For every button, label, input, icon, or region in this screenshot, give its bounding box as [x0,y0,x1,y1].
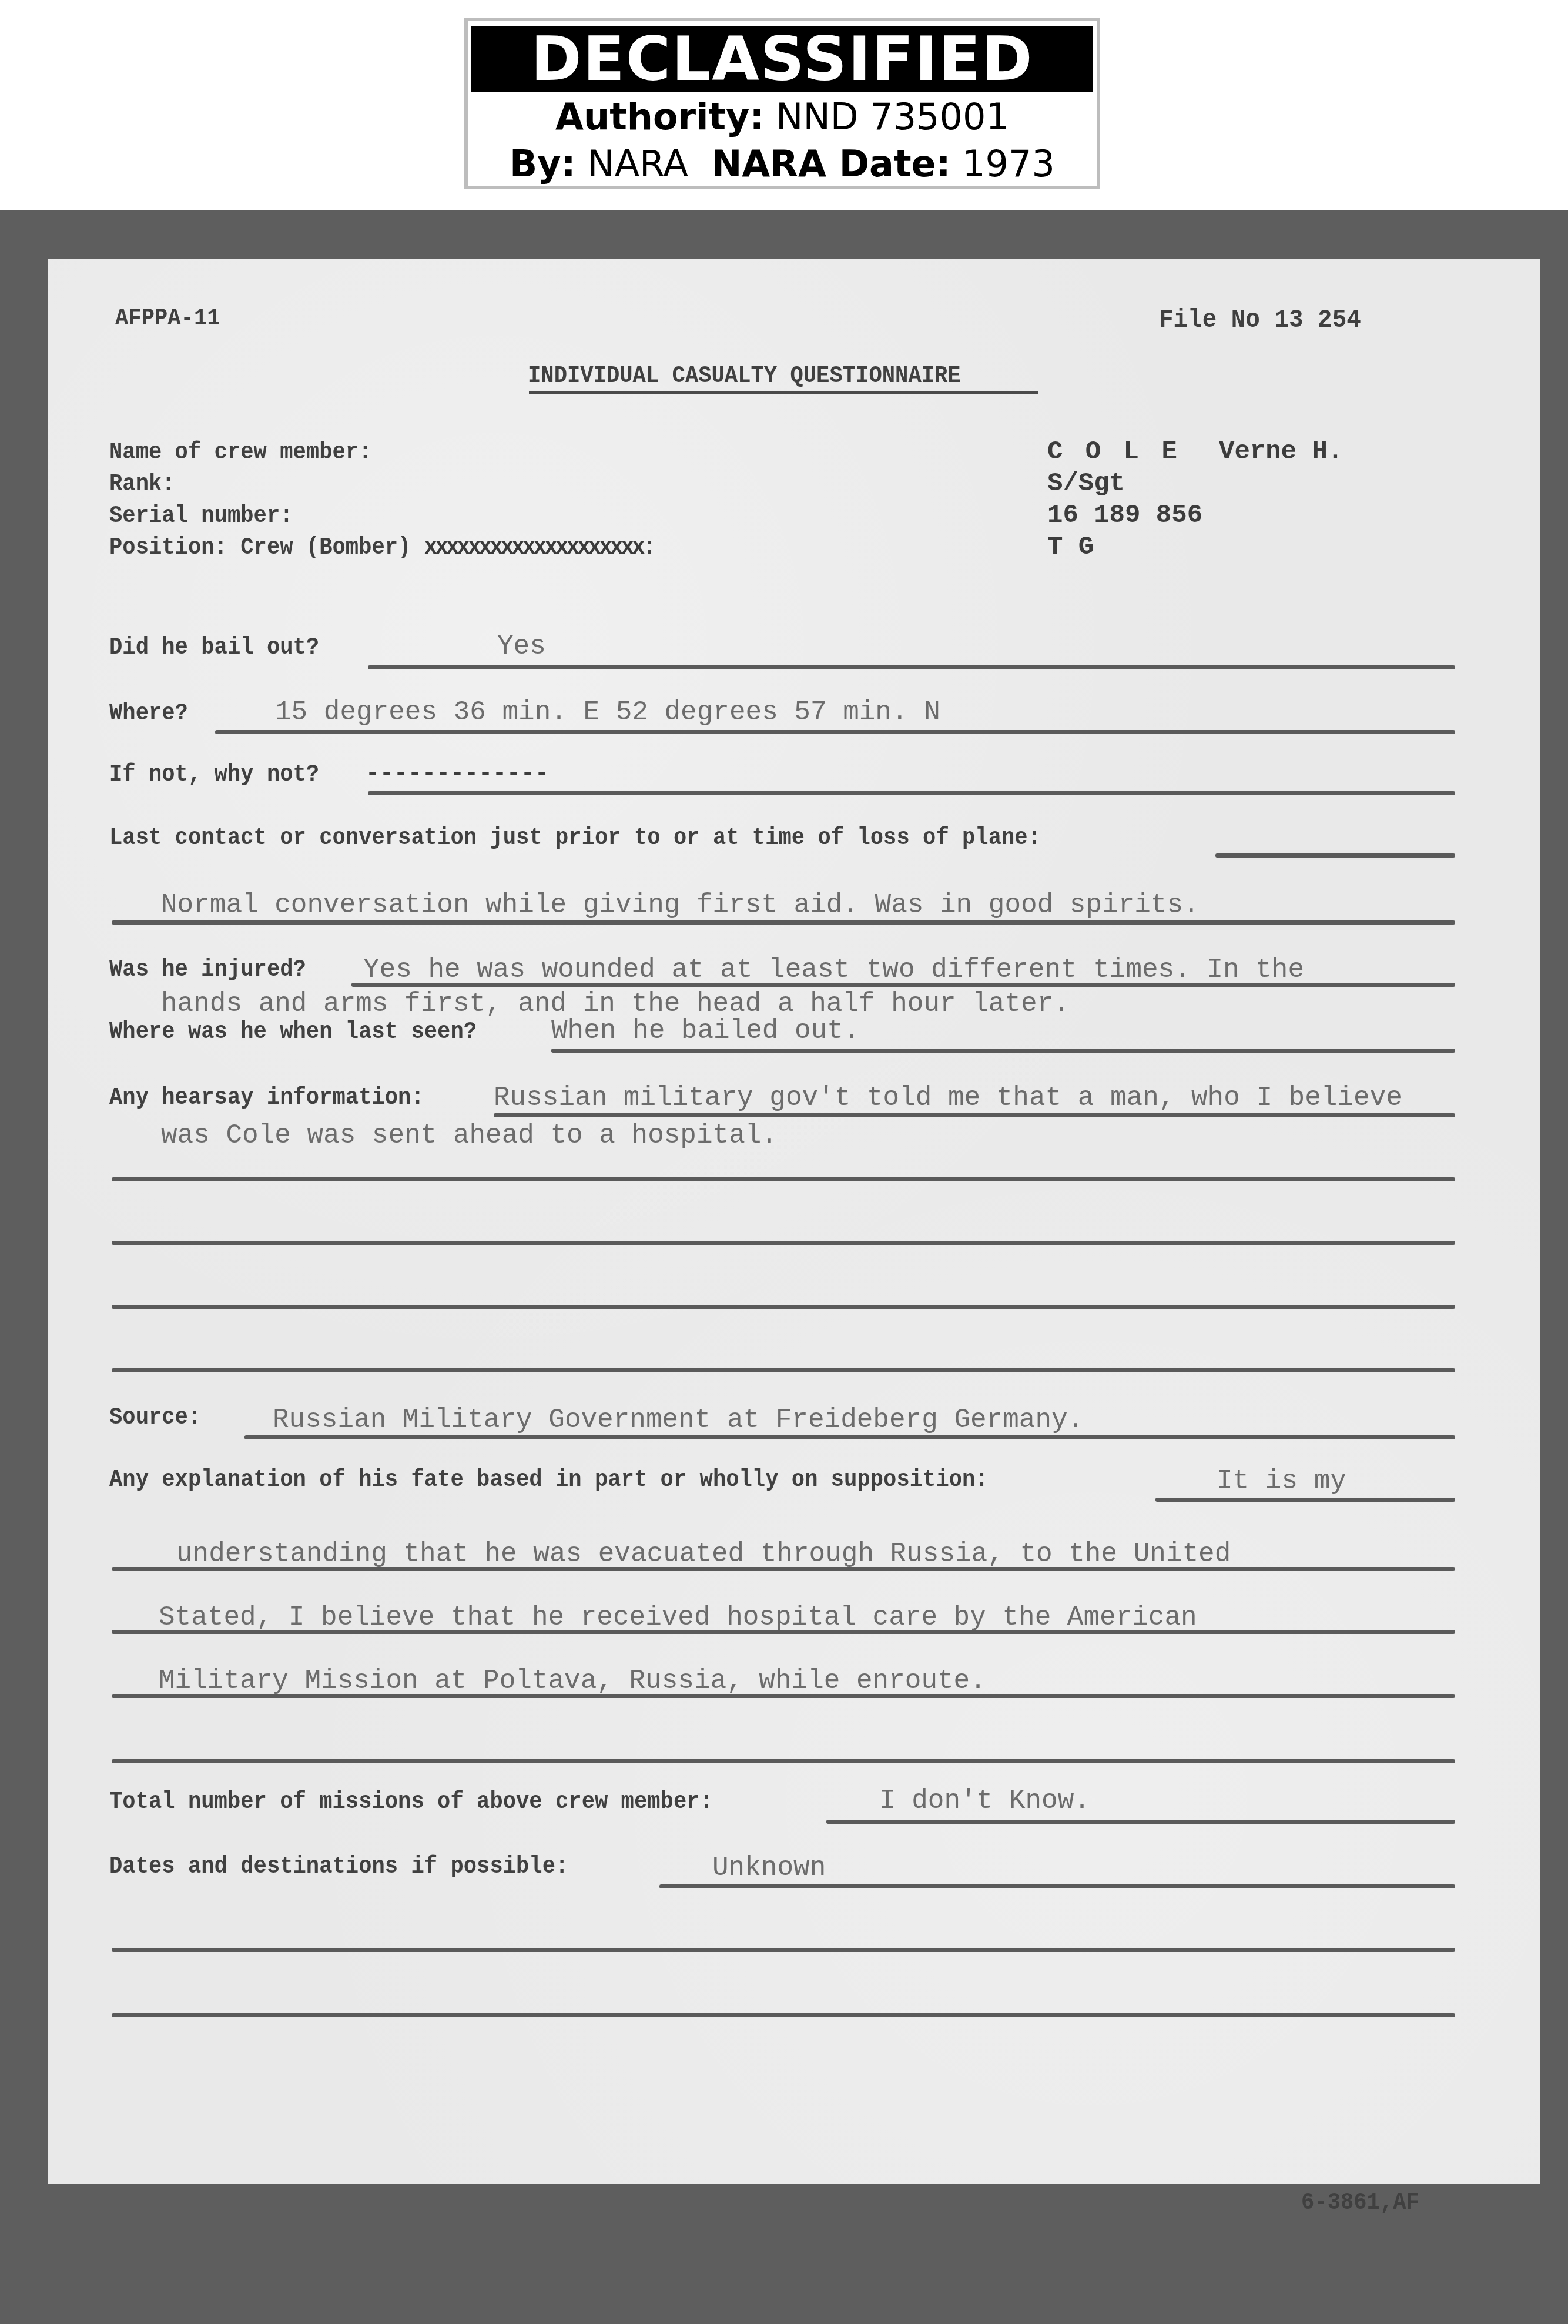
bail-out-value: Yes [497,631,546,662]
stamp-by-date: By: NARA NARA Date: 1973 [468,142,1097,185]
crew-surname: C O L E [1047,437,1181,467]
bail-out-line [368,665,1455,669]
serial-label: Serial number: [109,503,293,530]
crew-rank: S/Sgt [1047,469,1125,498]
where-label: Where? [109,701,188,727]
position-label: Position: Crew (Bomber) xxxxxxxxxxxxxxxx… [109,535,656,561]
last-contact-value: Normal conversation while giving first a… [161,890,1200,920]
title-underline [529,391,1038,394]
blank-line-4 [112,1368,1455,1372]
last-contact-line-2 [112,920,1455,925]
last-seen-label: Where was he when last seen? [109,1019,477,1046]
where-line [215,730,1455,734]
missions-line [826,1820,1455,1824]
blank-line-1 [112,1177,1455,1181]
crew-position: T G [1047,533,1094,562]
document-title: INDIVIDUAL CASUALTY QUESTIONNAIRE [528,363,961,390]
date-label: NARA Date: [711,142,950,185]
injured-line [351,983,1455,987]
explanation-value-4: Military Mission at Poltava, Russia, whi… [159,1666,986,1696]
by-value: NARA [587,142,688,185]
date-value: 1973 [962,142,1055,185]
declassified-stamp: DECLASSIFIED Authority: NND 735001 By: N… [464,18,1100,189]
blank-line-2 [112,1241,1455,1245]
dates-line-3 [112,2013,1455,2017]
bail-out-label: Did he bail out? [109,635,319,661]
rank-label: Rank: [109,471,175,498]
crew-given-name: Verne H. [1219,437,1343,467]
hearsay-label: Any hearsay information: [109,1085,424,1111]
authority-value: NND 735001 [776,95,1009,138]
file-number: File No 13 254 [1159,306,1361,335]
source-line [244,1435,1455,1439]
missions-label: Total number of missions of above crew m… [109,1789,713,1816]
explanation-value-1: It is my [1217,1466,1346,1496]
explanation-line-5 [112,1759,1455,1763]
injured-value-1: Yes he was wounded at at least two diffe… [363,955,1304,985]
if-not-value: ------------- [366,761,549,787]
last-contact-label: Last contact or conversation just prior … [109,825,1041,852]
dates-label: Dates and destinations if possible: [109,1854,568,1880]
footer-form-code: 6-3861,AF [1301,2190,1419,2216]
explanation-line-2 [112,1567,1455,1571]
explanation-line-1 [1155,1498,1455,1502]
source-label: Source: [109,1405,201,1431]
explanation-label: Any explanation of his fate based in par… [109,1467,989,1493]
name-label: Name of crew member: [109,440,371,466]
dates-line [659,1884,1455,1888]
hearsay-value-2: was Cole was sent ahead to a hospital. [161,1120,778,1151]
blank-line-3 [112,1305,1455,1309]
explanation-value-3: Stated, I believe that he received hospi… [159,1602,1197,1633]
injured-value-2: hands and arms first, and in the head a … [161,989,1070,1019]
position-colon: : [643,535,656,561]
stamp-title: DECLASSIFIED [471,26,1093,92]
by-label: By: [510,142,575,185]
position-struck-text: xxxxxxxxxxxxxxxxxxxx [424,535,643,561]
last-contact-line-1 [1215,853,1455,858]
explanation-line-4 [112,1694,1455,1698]
where-value: 15 degrees 36 min. E 52 degrees 57 min. … [275,697,940,728]
authority-label: Authority: [555,95,764,138]
position-label-text: Position: Crew (Bomber) [109,535,411,561]
form-code: AFPPA-11 [115,306,220,332]
explanation-line-3 [112,1630,1455,1634]
hearsay-line [494,1113,1455,1117]
explanation-value-2: understanding that he was evacuated thro… [176,1539,1231,1569]
crew-serial: 16 189 856 [1047,501,1202,530]
if-not-line [368,791,1455,795]
if-not-label: If not, why not? [109,762,319,788]
source-value: Russian Military Government at Freideber… [273,1405,1084,1435]
last-seen-line [551,1049,1455,1053]
last-seen-value: When he bailed out. [551,1016,860,1046]
dates-value: Unknown [712,1853,826,1883]
hearsay-value-1: Russian military gov't told me that a ma… [494,1083,1402,1113]
injured-label: Was he injured? [109,957,306,983]
dates-line-2 [112,1948,1455,1952]
stamp-authority: Authority: NND 735001 [468,95,1097,138]
missions-value: I don't Know. [879,1786,1090,1816]
